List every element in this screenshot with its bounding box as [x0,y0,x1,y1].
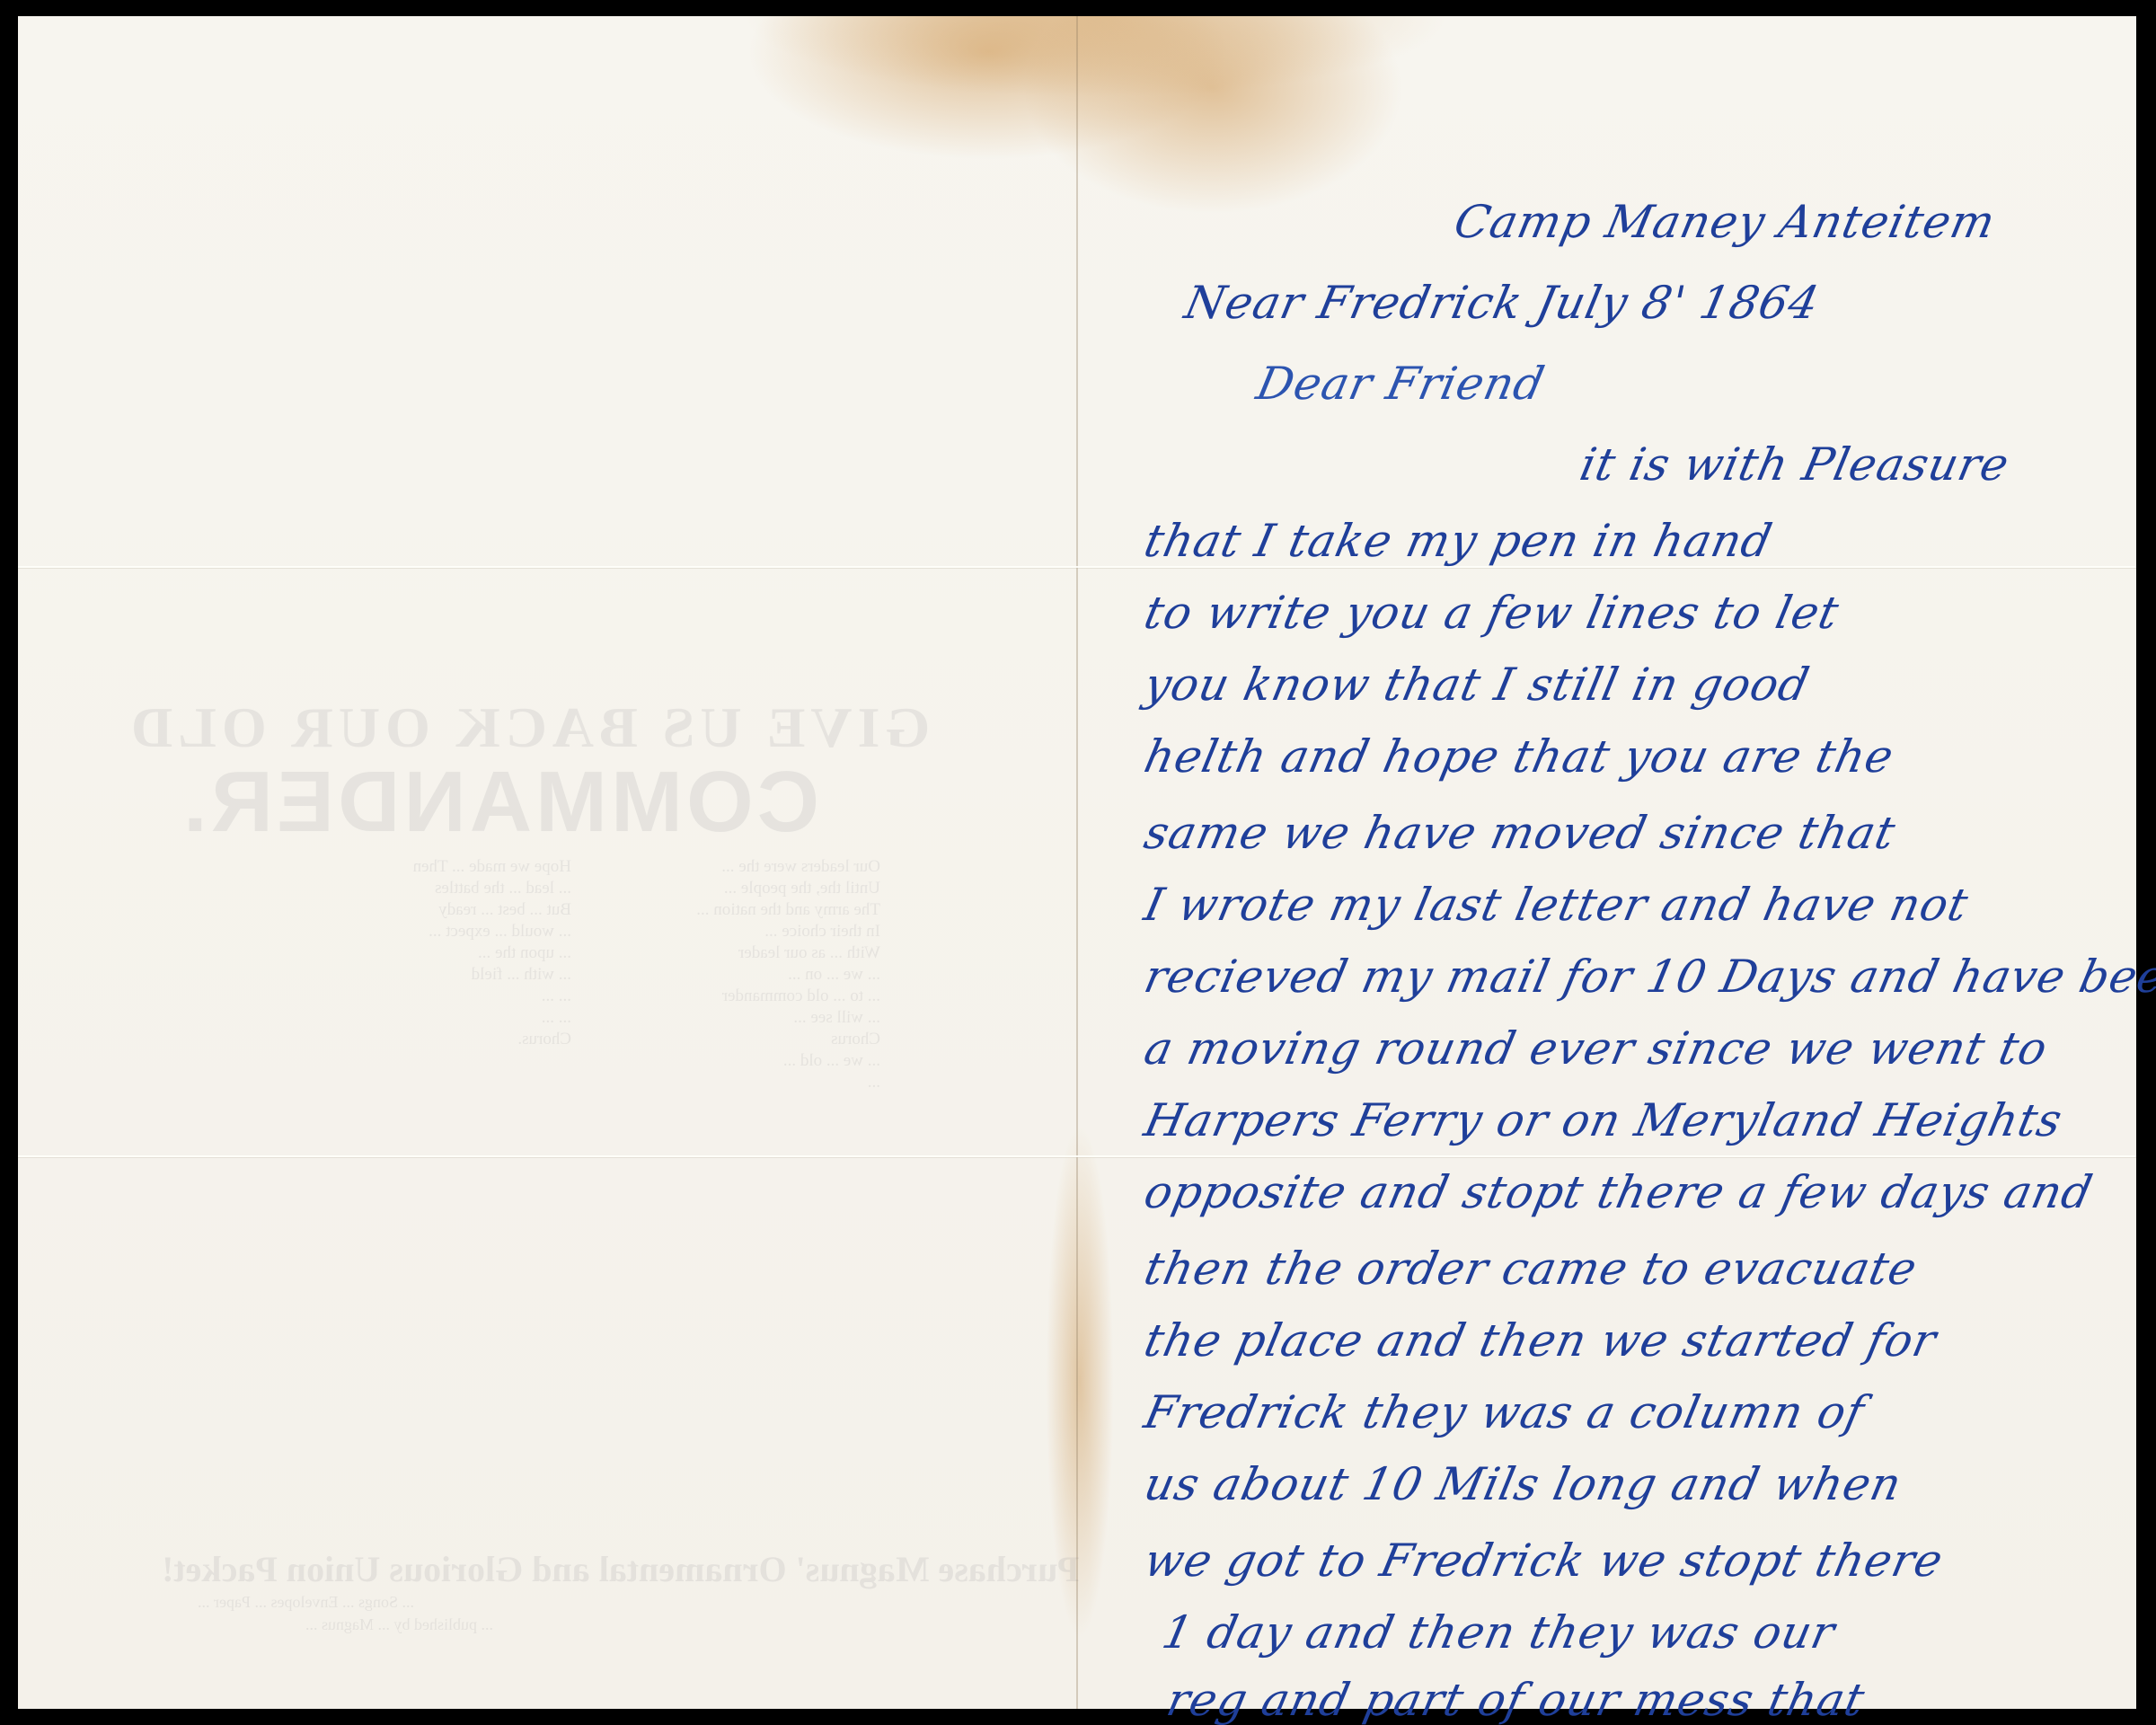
letter-line: same we have moved since that [1140,807,1901,859]
letter-heading-place: Camp Maney Anteitem [1450,196,2001,248]
letter-line: a moving round ever since we went to [1140,1022,2053,1075]
bleed-verse-line: ... will see ... [575,1007,880,1029]
bleed-verse-line: ... upon the ... [266,942,571,964]
bleed-title-line1: GIVE US BACK OUR OLD [126,694,930,761]
bleed-verse-column-right: Hope we made ... Then ... lead ... the b… [266,856,571,1050]
bleed-verse-line: Chorus [575,1029,880,1050]
letter-line: it is with Pleasure [1576,438,2014,491]
letter-line: Fredrick they was a column of [1140,1386,1869,1438]
bleed-verse-columns: Our leaders were the ... Until the, the … [234,856,880,1093]
letter-line: Harpers Ferry or on Meryland Heights [1140,1094,2067,1146]
bleed-verse-line: Until the, the people ... [575,878,880,899]
bleed-verse-line: With ... as our leader [575,942,880,964]
letter-line: recieved my mail for 10 Days and have be… [1140,951,2156,1003]
letter-line: that I take my pen in hand [1140,515,1777,567]
right-page: Camp Maney Anteitem Near Fredrick July 8… [1078,16,2136,1709]
letter-salutation: Dear Friend [1252,358,1550,410]
letter-heading-date: Near Fredrick July 8' 1864 [1180,277,1825,329]
bleed-verse-line: ... lead ... the battles [266,878,571,899]
letter-sheet: GIVE US BACK OUR OLD COMMANDER. Our lead… [18,16,2136,1709]
bleed-verse-line: ... ... [266,986,571,1007]
bleed-verse-line: In their choice ... [575,921,880,942]
bleed-verse-line: Our leaders were the ... [575,856,880,878]
bleed-verse-line: The army and the nation ... [575,899,880,921]
letter-line: 1 day and then they was our [1158,1606,1840,1659]
letter-line: reg and part of our mess that [1162,1674,1869,1725]
letter-line: I wrote my last letter and have not [1140,879,1974,931]
letter-line: opposite and stopt there a few days and [1140,1166,2098,1218]
bleed-verse-line: ... we ... old ... [575,1050,880,1072]
bleed-verse-line: ... we ... on ... [575,964,880,986]
letter-line: we got to Fredrick we stopt there [1140,1535,1948,1587]
bleed-footer-advert: Purchase Magnus' Ornamental and Glorious… [162,1548,1080,1590]
bleed-verse-line: Hope we made ... Then [266,856,571,878]
bleed-verse-line: ... to ... old commander [575,986,880,1007]
bleed-verse-line: Chorus. [266,1029,571,1050]
letter-line: you know that I still in good [1140,659,1815,711]
letter-line: the place and then we started for [1140,1314,1941,1367]
bleed-verse-line: ... with ... field [266,964,571,986]
bleed-footer-line2: ... Songs ... Envelopes ... Paper ... [198,1593,414,1612]
bleed-verse-line: ... [575,1072,880,1093]
letter-line: then the order came to evacuate [1140,1243,1922,1295]
bleed-verse-column-left: Our leaders were the ... Until the, the … [575,856,880,1093]
letter-line: to write you a few lines to let [1140,587,1844,639]
letter-line: helth and hope that you are the [1140,730,1899,783]
bleed-title-line2: COMMANDER. [180,753,819,852]
left-page: GIVE US BACK OUR OLD COMMANDER. Our lead… [18,16,1076,1709]
bleed-verse-line: But ... best ... ready [266,899,571,921]
bleed-verse-line: ... ... [266,1007,571,1029]
letter-line: us about 10 Mils long and when [1140,1458,1906,1510]
bleed-verse-line: ... would ... expect ... [266,921,571,942]
bleed-footer-line3: ... published by ... Magnus ... [305,1615,493,1634]
